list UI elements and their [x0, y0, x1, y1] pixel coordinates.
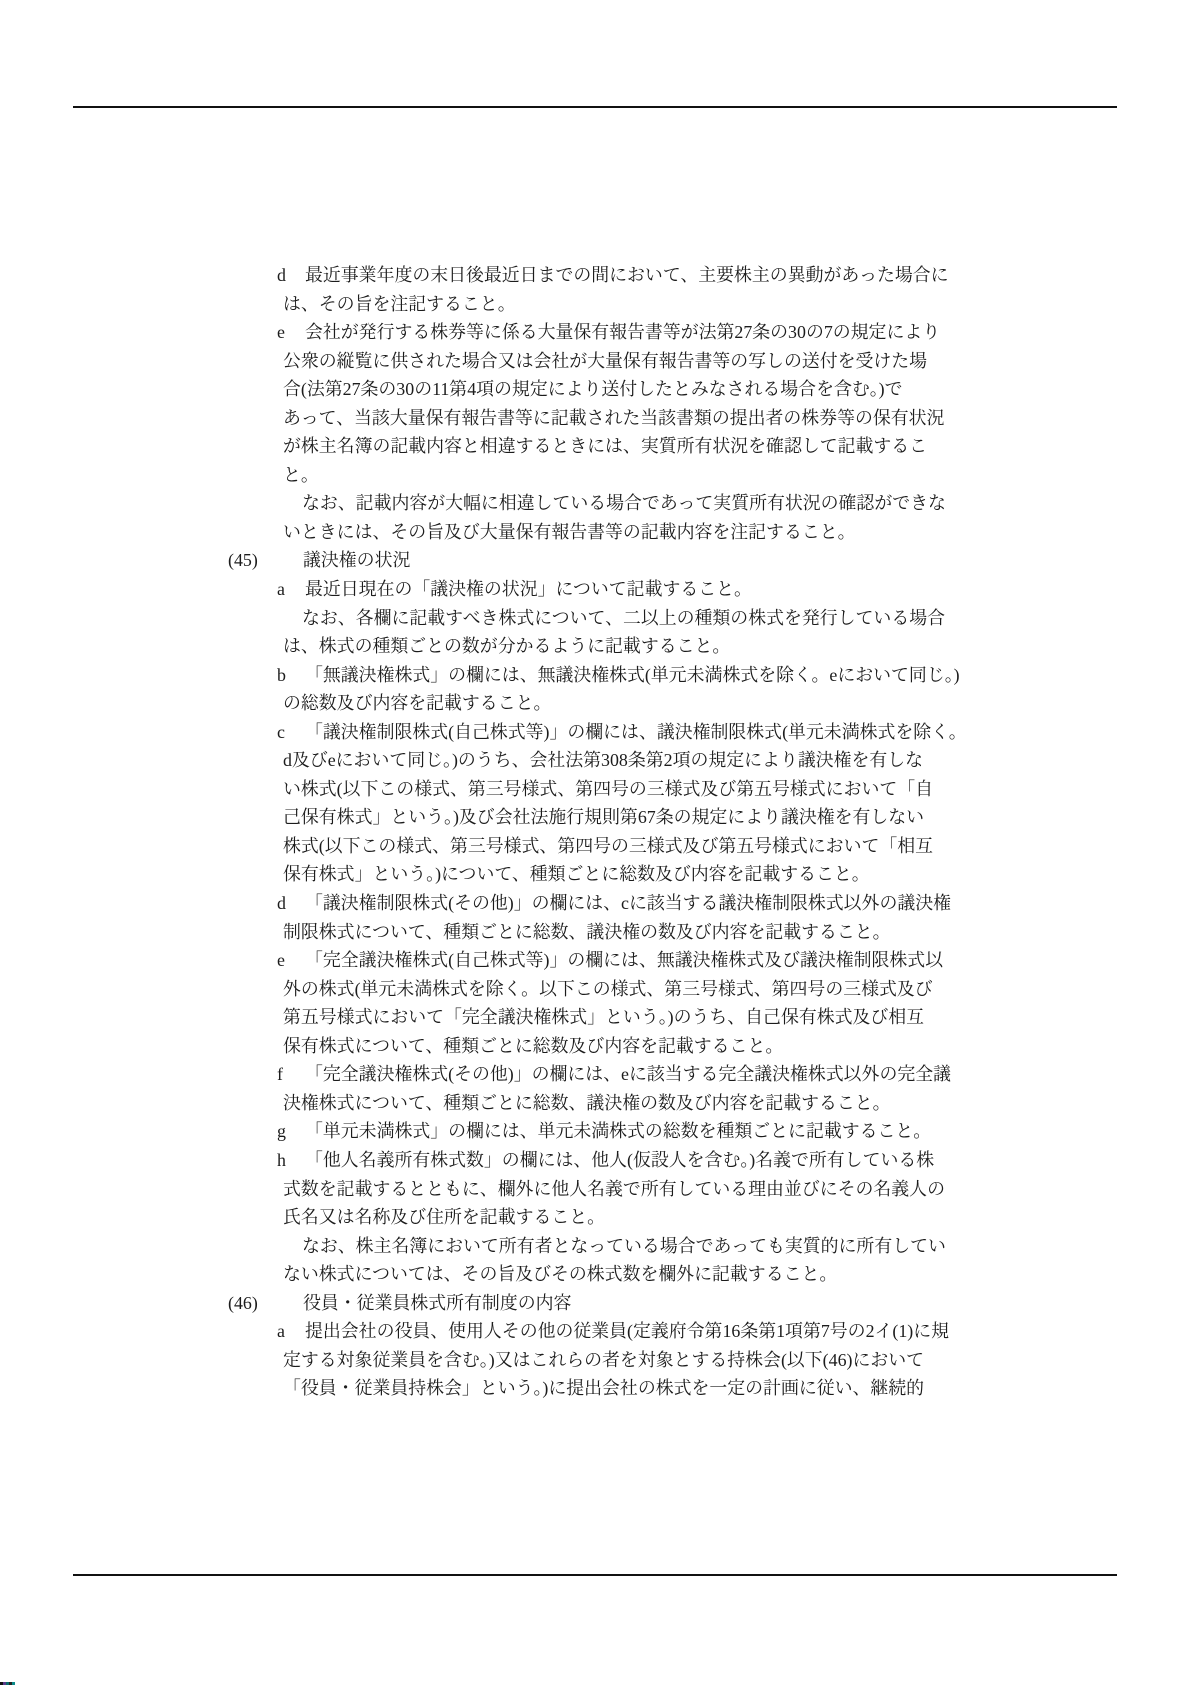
line-text: 「完全議決権株式(その他)」の欄には、eに該当する完全議決権株式以外の完全議: [305, 1064, 951, 1084]
item-label: d: [277, 889, 305, 918]
line-text: 合(法第27条の30の11第4項の規定により送付したとみなされる場合を含む。)で: [283, 379, 903, 399]
text-line: 保有株式について、種類ごとに総数及び内容を記載すること。: [0, 1032, 1192, 1061]
line-text: と。: [283, 465, 319, 485]
line-text: 定する対象従業員を含む。)又はこれらの者を対象とする持株会(以下(46)において: [283, 1350, 924, 1370]
item-label: e: [277, 318, 305, 347]
item-label: h: [277, 1146, 305, 1175]
text-line: なお、株主名簿において所有者となっている場合であっても実質的に所有してい: [0, 1232, 1192, 1261]
line-text: 「他人名義所有株式数」の欄には、他人(仮設人を含む。)名義で所有している株: [305, 1150, 934, 1170]
text-line: 外の株式(単元未満株式を除く。以下この様式、第三号様式、第四号の三様式及び: [0, 975, 1192, 1004]
line-text: 最近事業年度の末日後最近日までの間において、主要株主の異動があった場合に: [305, 265, 949, 285]
text-line: d及びeにおいて同じ。)のうち、会社法第308条第2項の規定により議決権を有しな: [0, 746, 1192, 775]
line-text: 「役員・従業員持株会」という。)に提出会社の株式を一定の計画に従い、継続的: [283, 1378, 924, 1398]
line-text: d及びeにおいて同じ。)のうち、会社法第308条第2項の規定により議決権を有しな: [283, 750, 923, 770]
line-text: 議決権の状況: [303, 550, 410, 570]
line-text: 己保有株式」という。)及び会社法施行規則第67条の規定により議決権を有しない: [283, 807, 924, 827]
line-text: なお、記載内容が大幅に相違している場合であって実質所有状況の確認ができな: [302, 493, 946, 513]
line-text: 提出会社の役員、使用人その他の従業員(定義府令第16条第1項第7号の2イ(1)に…: [305, 1321, 949, 1341]
section-heading-line: (45)議決権の状況: [0, 546, 1192, 575]
line-text: なお、株主名簿において所有者となっている場合であっても実質的に所有してい: [302, 1236, 946, 1256]
line-text: ない株式については、その旨及びその株式数を欄外に記載すること。: [283, 1264, 837, 1284]
text-line: h「他人名義所有株式数」の欄には、他人(仮設人を含む。)名義で所有している株: [0, 1146, 1192, 1175]
line-text: は、その旨を注記すること。: [283, 294, 516, 314]
line-text: いときには、その旨及び大量保有報告書等の記載内容を注記すること。: [283, 522, 856, 542]
line-text: 最近日現在の「議決権の状況」について記載すること。: [305, 579, 752, 599]
line-text: 制限株式について、種類ごとに総数、議決権の数及び内容を記載すること。: [283, 922, 891, 942]
line-text: 「議決権制限株式(自己株式等)」の欄には、議決権制限株式(単元未満株式を除く。: [305, 722, 967, 742]
line-text: 「議決権制限株式(その他)」の欄には、cに該当する議決権制限株式以外の議決権: [305, 893, 951, 913]
item-label: a: [277, 1317, 305, 1346]
text-line: g「単元未満株式」の欄には、単元未満株式の総数を種類ごとに記載すること。: [0, 1117, 1192, 1146]
text-line: 式数を記載するとともに、欄外に他人名義で所有している理由並びにその名義人の: [0, 1175, 1192, 1204]
text-line: d「議決権制限株式(その他)」の欄には、cに該当する議決権制限株式以外の議決権: [0, 889, 1192, 918]
text-line: なお、記載内容が大幅に相違している場合であって実質所有状況の確認ができな: [0, 489, 1192, 518]
text-line: d最近事業年度の末日後最近日までの間において、主要株主の異動があった場合に: [0, 261, 1192, 290]
text-line: いときには、その旨及び大量保有報告書等の記載内容を注記すること。: [0, 518, 1192, 547]
text-line: 株式(以下この様式、第三号様式、第四号の三様式及び第五号様式において「相互: [0, 832, 1192, 861]
text-line: f「完全議決権株式(その他)」の欄には、eに該当する完全議決権株式以外の完全議: [0, 1060, 1192, 1089]
line-text: 「無議決権株式」の欄には、無議決権株式(単元未満株式を除く。eにおいて同じ。): [305, 665, 960, 685]
line-text: 会社が発行する株券等に係る大量保有報告書等が法第27条の30の7の規定により: [305, 322, 940, 342]
text-line: 第五号様式において「完全議決権株式」という。)のうち、自己保有株式及び相互: [0, 1003, 1192, 1032]
text-line: a提出会社の役員、使用人その他の従業員(定義府令第16条第1項第7号の2イ(1)…: [0, 1317, 1192, 1346]
text-line: e会社が発行する株券等に係る大量保有報告書等が法第27条の30の7の規定により: [0, 318, 1192, 347]
text-line: c「議決権制限株式(自己株式等)」の欄には、議決権制限株式(単元未満株式を除く。: [0, 718, 1192, 747]
line-text: は、株式の種類ごとの数が分かるように記載すること。: [283, 636, 730, 656]
text-line: い株式(以下この様式、第三号様式、第四号の三様式及び第五号様式において「自: [0, 775, 1192, 804]
item-label: a: [277, 575, 305, 604]
line-text: 氏名又は名称及び住所を記載すること。: [283, 1207, 605, 1227]
text-line: の総数及び内容を記載すること。: [0, 689, 1192, 718]
line-text: 式数を記載するとともに、欄外に他人名義で所有している理由並びにその名義人の: [283, 1179, 945, 1199]
line-text: 公衆の縦覧に供された場合又は会社が大量保有報告書等の写しの送付を受けた場: [283, 351, 927, 371]
text-block: d最近事業年度の末日後最近日までの間において、主要株主の異動があった場合には、そ…: [0, 261, 1192, 1403]
text-line: 氏名又は名称及び住所を記載すること。: [0, 1203, 1192, 1232]
item-label: f: [277, 1060, 305, 1089]
item-label: d: [277, 261, 305, 290]
item-label: b: [277, 661, 305, 690]
text-line: が株主名簿の記載内容と相違するときには、実質所有状況を確認して記載するこ: [0, 432, 1192, 461]
line-text: なお、各欄に記載すべき株式について、二以上の種類の株式を発行している場合: [302, 608, 945, 628]
item-label: g: [277, 1117, 305, 1146]
text-line: なお、各欄に記載すべき株式について、二以上の種類の株式を発行している場合: [0, 604, 1192, 633]
line-text: 「単元未満株式」の欄には、単元未満株式の総数を種類ごとに記載すること。: [305, 1121, 931, 1141]
line-text: 第五号様式において「完全議決権株式」という。)のうち、自己保有株式及び相互: [283, 1007, 924, 1027]
section-number: (46): [228, 1289, 303, 1318]
text-line: は、株式の種類ごとの数が分かるように記載すること。: [0, 632, 1192, 661]
document-page: d最近事業年度の末日後最近日までの間において、主要株主の異動があった場合には、そ…: [0, 0, 1192, 1685]
line-text: い株式(以下この様式、第三号様式、第四号の三様式及び第五号様式において「自: [283, 779, 933, 799]
text-line: a最近日現在の「議決権の状況」について記載すること。: [0, 575, 1192, 604]
header-rule: [73, 106, 1117, 108]
text-line: 制限株式について、種類ごとに総数、議決権の数及び内容を記載すること。: [0, 918, 1192, 947]
text-line: と。: [0, 461, 1192, 490]
text-line: 決権株式について、種類ごとに総数、議決権の数及び内容を記載すること。: [0, 1089, 1192, 1118]
text-line: 己保有株式」という。)及び会社法施行規則第67条の規定により議決権を有しない: [0, 803, 1192, 832]
text-line: あって、当該大量保有報告書等に記載された当該書類の提出者の株券等の保有状況: [0, 404, 1192, 433]
text-line: 定する対象従業員を含む。)又はこれらの者を対象とする持株会(以下(46)において: [0, 1346, 1192, 1375]
line-text: 「完全議決権株式(自己株式等)」の欄には、無議決権株式及び議決権制限株式以: [305, 950, 943, 970]
line-text: 株式(以下この様式、第三号様式、第四号の三様式及び第五号様式において「相互: [283, 836, 933, 856]
text-line: 合(法第27条の30の11第4項の規定により送付したとみなされる場合を含む。)で: [0, 375, 1192, 404]
line-text: 保有株式について、種類ごとに総数及び内容を記載すること。: [283, 1036, 783, 1056]
line-text: 保有株式」という。)について、種類ごとに総数及び内容を記載すること。: [283, 864, 870, 884]
section-heading-line: (46)役員・従業員株式所有制度の内容: [0, 1289, 1192, 1318]
line-text: 決権株式について、種類ごとに総数、議決権の数及び内容を記載すること。: [283, 1093, 891, 1113]
text-line: b「無議決権株式」の欄には、無議決権株式(単元未満株式を除く。eにおいて同じ。): [0, 661, 1192, 690]
line-text: 外の株式(単元未満株式を除く。以下この様式、第三号様式、第四号の三様式及び: [283, 979, 933, 999]
text-line: 「役員・従業員持株会」という。)に提出会社の株式を一定の計画に従い、継続的: [0, 1374, 1192, 1403]
text-line: 保有株式」という。)について、種類ごとに総数及び内容を記載すること。: [0, 860, 1192, 889]
line-text: が株主名簿の記載内容と相違するときには、実質所有状況を確認して記載するこ: [283, 436, 927, 456]
line-text: の総数及び内容を記載すること。: [283, 693, 551, 713]
item-label: c: [277, 718, 305, 747]
text-line: ない株式については、その旨及びその株式数を欄外に記載すること。: [0, 1260, 1192, 1289]
text-line: は、その旨を注記すること。: [0, 290, 1192, 319]
text-line: e「完全議決権株式(自己株式等)」の欄には、無議決権株式及び議決権制限株式以: [0, 946, 1192, 975]
footer-rule: [73, 1574, 1117, 1576]
text-line: 公衆の縦覧に供された場合又は会社が大量保有報告書等の写しの送付を受けた場: [0, 347, 1192, 376]
section-number: (45): [228, 546, 303, 575]
line-text: あって、当該大量保有報告書等に記載された当該書類の提出者の株券等の保有状況: [283, 408, 944, 428]
item-label: e: [277, 946, 305, 975]
line-text: 役員・従業員株式所有制度の内容: [303, 1293, 571, 1313]
